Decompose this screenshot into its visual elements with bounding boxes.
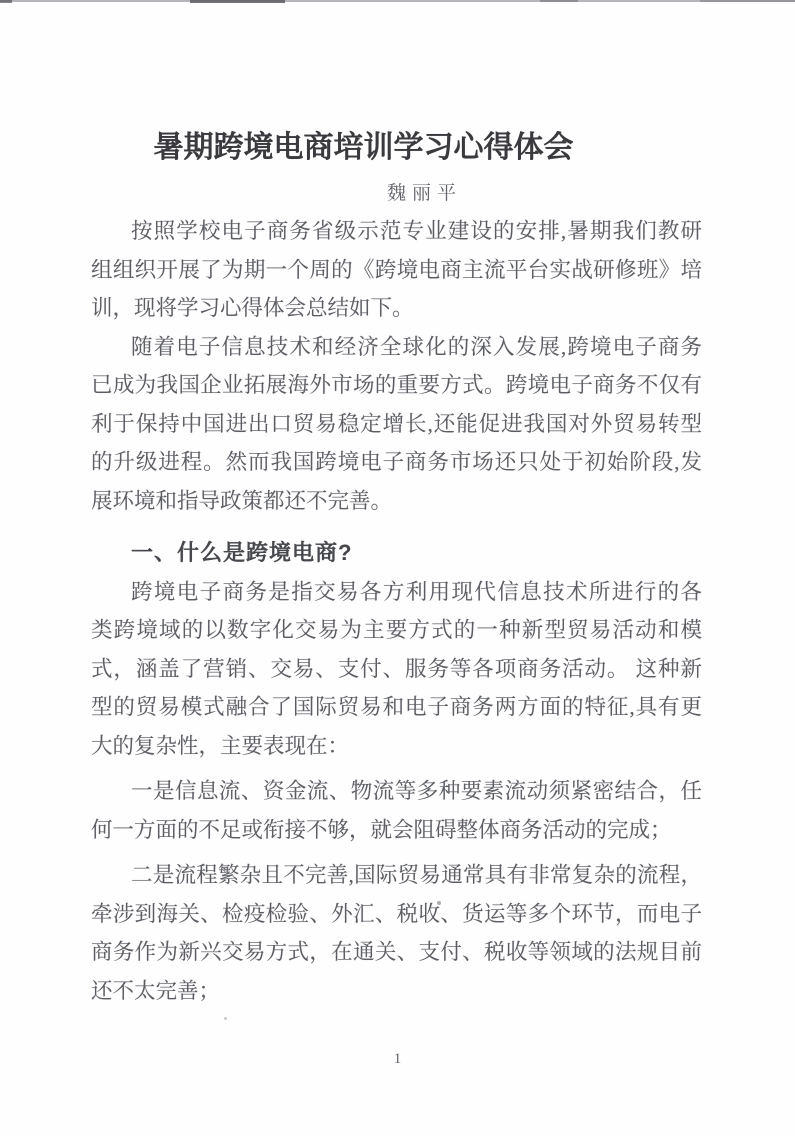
document-body: 按照学校电子商务省级示范专业建设的安排,暑期我们教研组组织开展了为期一个周的《跨… <box>91 212 702 1010</box>
text-line: 类跨境域的以数字化交易为主要方式的一种新型贸易活动和模 <box>91 611 702 650</box>
text-line: 组组织开展了为期一个周的《跨境电商主流平台实战研修班》培 <box>91 251 702 290</box>
document-title: 暑期跨境电商培训学习心得体会 <box>91 126 636 170</box>
scanned-page: 暑期跨境电商培训学习心得体会 魏丽平 按照学校电子商务省级示范专业建设的安排,暑… <box>0 0 795 1136</box>
text-line: 跨境电子商务是指交易各方利用现代信息技术所进行的各 <box>91 573 702 612</box>
text-line: 已成为我国企业拓展海外市场的重要方式。跨境电子商务不仅有 <box>91 366 702 405</box>
text-line: 的升级进程。然而我国跨境电子商务市场还只处于初始阶段,发 <box>91 443 702 482</box>
scan-artifact-dark-segment <box>0 0 12 3</box>
text-line: 按照学校电子商务省级示范专业建设的安排,暑期我们教研 <box>91 212 702 251</box>
text-line: 何一方面的不足或衔接不够，就会阻碍整体商务活动的完成； <box>91 811 702 850</box>
text-line: 一是信息流、资金流、物流等多种要素流动须紧密结合，任 <box>91 772 702 811</box>
text-line: 大的复杂性，主要表现在： <box>91 727 702 766</box>
paragraph: 跨境电子商务是指交易各方利用现代信息技术所进行的各类跨境域的以数字化交易为主要方… <box>91 573 702 766</box>
section-heading: 一、什么是跨境电商? <box>91 534 702 573</box>
text-line: 二是流程繁杂且不完善,国际贸易通常具有非常复杂的流程， <box>91 856 702 895</box>
text-line: 式，涵盖了营销、交易、支付、服务等各项商务活动。 这种新 <box>91 650 702 689</box>
text-line: 利于保持中国进出口贸易稳定增长,还能促进我国对外贸易转型 <box>91 405 702 444</box>
paragraph: 二是流程繁杂且不完善,国际贸易通常具有非常复杂的流程，牵涉到海关、检疫检验、外汇… <box>91 856 702 1010</box>
text-line: 随着电子信息技术和经济全球化的深入发展,跨境电子商务 <box>91 328 702 367</box>
text-line: 牵涉到海关、检疫检验、外汇、税收、货运等多个环节，而电子 <box>91 895 702 934</box>
text-line: 训，现将学习心得体会总结如下。 <box>91 289 702 328</box>
page-number: 1 <box>0 1051 795 1068</box>
scan-speck <box>224 1017 227 1020</box>
paragraph: 随着电子信息技术和经济全球化的深入发展,跨境电子商务已成为我国企业拓展海外市场的… <box>91 328 702 521</box>
document-author: 魏丽平 <box>141 180 702 208</box>
scan-artifact-dark-segment <box>190 0 285 3</box>
scan-artifact-dark-segment <box>700 0 795 2</box>
text-line: 商务作为新兴交易方式，在通关、支付、税收等领域的法规目前 <box>91 933 702 972</box>
scan-artifact-top-edge <box>0 0 795 2</box>
paragraph: 一是信息流、资金流、物流等多种要素流动须紧密结合，任何一方面的不足或衔接不够，就… <box>91 772 702 849</box>
text-line: 展环境和指导政策都还不完善。 <box>91 482 702 521</box>
paragraph: 按照学校电子商务省级示范专业建设的安排,暑期我们教研组组织开展了为期一个周的《跨… <box>91 212 702 328</box>
document-content: 暑期跨境电商培训学习心得体会 魏丽平 按照学校电子商务省级示范专业建设的安排,暑… <box>91 126 702 1010</box>
scan-artifact-dark-segment <box>540 0 578 2</box>
text-line: 还不太完善； <box>91 972 702 1011</box>
text-line: 型的贸易模式融合了国际贸易和电子商务两方面的特征,具有更 <box>91 688 702 727</box>
